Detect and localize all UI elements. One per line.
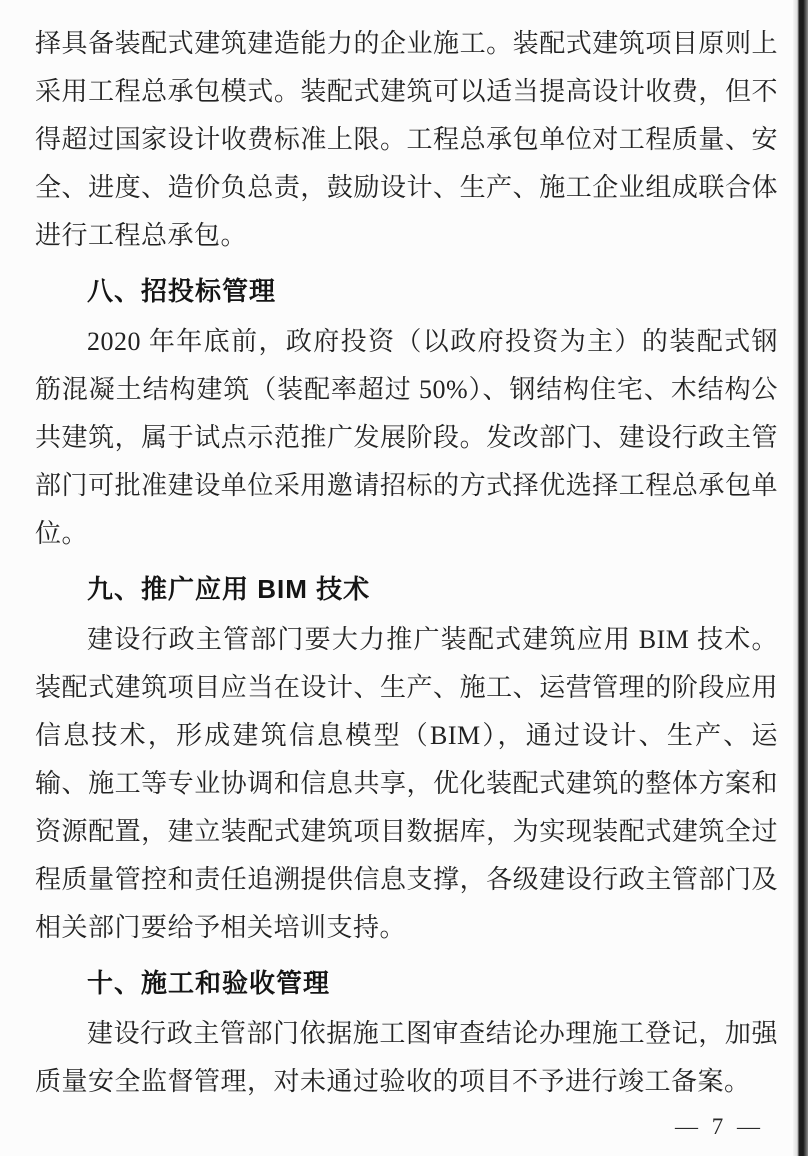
section-heading-10-construction-acceptance: 十、施工和验收管理 (35, 959, 778, 1007)
document-content: 择具备装配式建筑建造能力的企业施工。装配式建筑项目原则上采用工程总承包模式。装配… (35, 20, 778, 1106)
body-paragraph-acceptance: 建设行政主管部门依据施工图审查结论办理施工登记，加强质量安全监督管理，对未通过验… (35, 1010, 778, 1106)
section-heading-9-bim-technology: 九、推广应用 BIM 技术 (35, 565, 778, 613)
body-paragraph-bidding: 2020 年年底前，政府投资（以政府投资为主）的装配式钢筋混凝土结构建筑（装配率… (35, 318, 778, 558)
scan-edge-artifact (793, 0, 808, 1156)
section-heading-8-bidding-management: 八、招投标管理 (35, 267, 778, 315)
body-paragraph-contract-mode: 择具备装配式建筑建造能力的企业施工。装配式建筑项目原则上采用工程总承包模式。装配… (35, 20, 778, 260)
document-page: 择具备装配式建筑建造能力的企业施工。装配式建筑项目原则上采用工程总承包模式。装配… (0, 0, 808, 1156)
body-paragraph-bim: 建设行政主管部门要大力推广装配式建筑应用 BIM 技术。装配式建筑项目应当在设计… (35, 616, 778, 952)
page-number: — 7 — (675, 1114, 764, 1140)
